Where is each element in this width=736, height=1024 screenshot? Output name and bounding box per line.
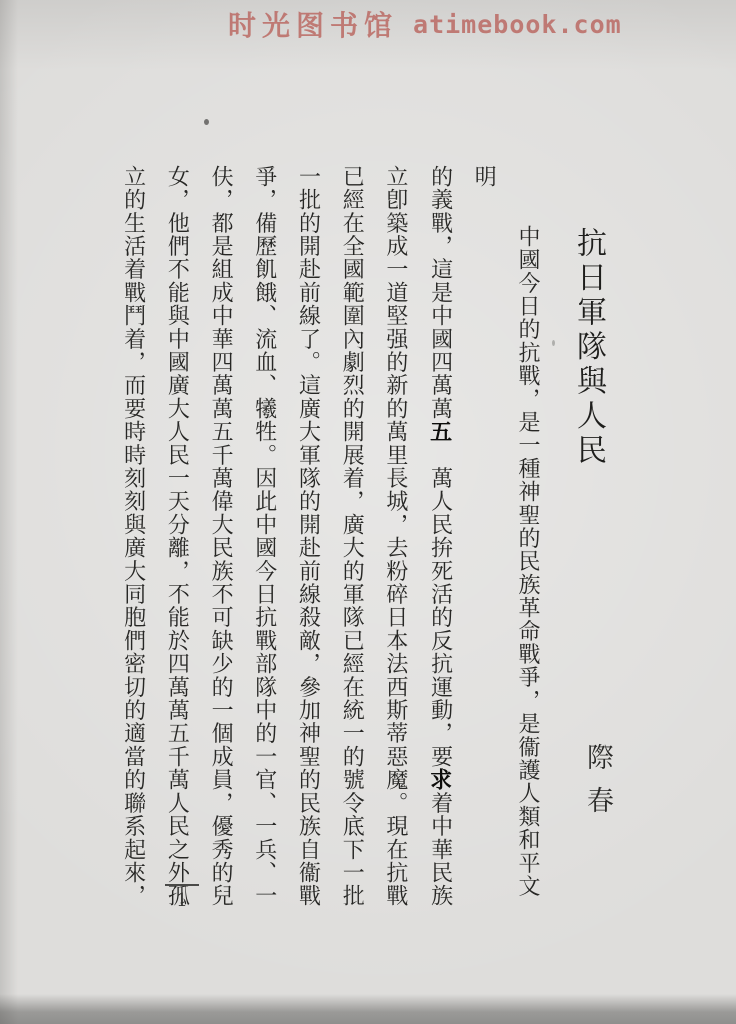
text-column: 伕，都是組成中華四萬萬五千萬偉大民族不可缺少的一個成員，優秀的兒 <box>198 165 242 910</box>
article-title: 抗日軍隊與人民 <box>566 227 610 469</box>
watermark-site-url: atimebook.com <box>413 10 622 39</box>
page-number: 1 <box>163 890 201 911</box>
ink-speck <box>204 119 209 125</box>
ink-speck <box>438 468 441 471</box>
watermark: 时光图书馆 atimebook.com <box>228 4 622 44</box>
body-text: 中國今日的抗戰，是一種神聖的民族革命戰爭，是衞護人類和平文明的義戰，這是中國四萬… <box>155 165 549 910</box>
text-column: 立的生活着戰鬥着，而要時時刻刻與廣大同胞們密切的適當的聯系起來， <box>111 165 155 910</box>
text-column: 立卽築成一道堅强的新的萬里長城，去粉碎日本法西斯蒂惡魔。現在抗戰 <box>373 165 417 910</box>
scanned-book-page: 时光图书馆 atimebook.com 抗日軍隊與人民 際春 中國今日的抗戰，是… <box>0 0 736 1024</box>
page-number-block: 1 <box>163 884 201 911</box>
text-column: 中國今日的抗戰，是一種神聖的民族革命戰爭，是衞護人類和平文明 <box>462 165 549 910</box>
text-column: 爭，備歷飢餓、流血、犧牲。因此中國今日抗戰部隊中的一官、一兵、一 <box>242 165 286 910</box>
text-column: 一批的開赴前線了。這廣大軍隊的開赴前線殺敵，參加神聖的民族自衞戰 <box>286 165 330 910</box>
text-column: 已經在全國範圍內劇烈的開展着，廣大的軍隊已經在統一的號令底下一批 <box>329 165 373 910</box>
author-name: 際春 <box>578 743 617 829</box>
watermark-library-name: 时光图书馆 <box>228 4 398 44</box>
ink-speck <box>552 340 555 346</box>
text-column: 的義戰，這是中國四萬萬五 萬人民拚死活的反抗運動，要求着中華民族 <box>417 165 462 910</box>
page-number-rule <box>165 884 199 886</box>
text-column: 女，他們不能與中國廣大人民一天分離，不能於四萬萬五千萬人民之外孤 <box>155 165 199 910</box>
